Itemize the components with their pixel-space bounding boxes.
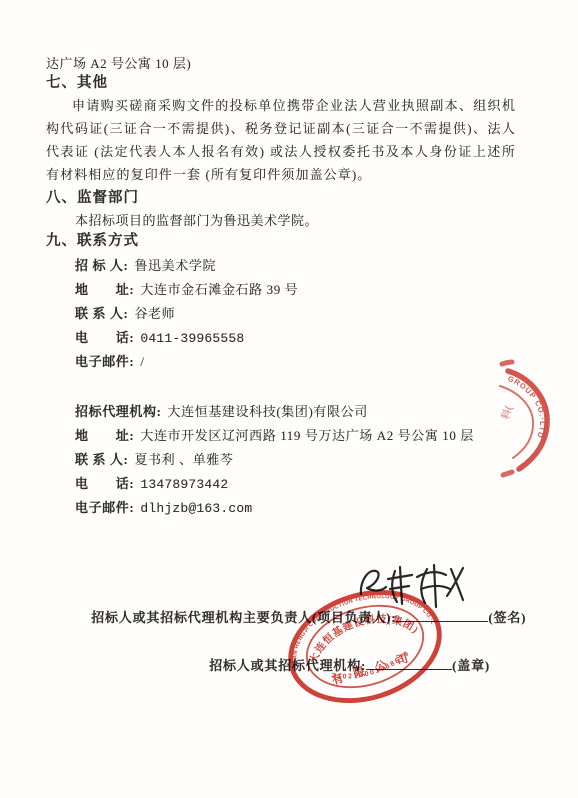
tenderer-contact-block: 招 标 人:鲁迅美术学院 地 址:大连市金石滩金石路 39 号 联 系 人:谷老… [75, 258, 298, 378]
supervisor-body-line: 本招标项目的监督部门为鲁迅美术学院。 [75, 213, 318, 229]
agency-contact-block: 招标代理机构:大连恒基建设科技(集团)有限公司 地 址:大连市开发区辽河西路 1… [75, 404, 474, 524]
agency-contact-person-value: 夏书利 、单雅芩 [134, 452, 233, 467]
tenderer-phone-value: 0411-39965558 [140, 331, 244, 346]
agency-phone-value: 13478973442 [140, 477, 228, 492]
principal-signature-line: 招标人或其招标代理机构主要负责人(项目负责人):(签名) [75, 591, 526, 642]
continuation-address-line: 达广场 A2 号公寓 10 层) [46, 56, 191, 72]
org-seal-line: 招标人或其招标代理机构:(盖章) [193, 639, 490, 690]
agency-email-label: 电子邮件: [75, 500, 134, 515]
tenderer-phone-row: 电 话:0411-39965558 [75, 330, 298, 354]
org-seal-prefix: 招标人或其招标代理机构: [209, 658, 366, 673]
agency-phone-row: 电 话:13478973442 [75, 476, 474, 500]
tenderer-name-label: 招 标 人: [75, 258, 128, 273]
side-seal-inner-glyphs: 科( [498, 404, 515, 422]
tenderer-address-label: 地 址: [75, 282, 134, 297]
tenderer-address-value: 大连市金石滩金石路 39 号 [140, 282, 298, 297]
side-seal-arcs [500, 362, 547, 475]
principal-signature-suffix: (签名) [488, 610, 526, 625]
tenderer-email-row: 电子邮件:/ [75, 354, 298, 378]
section-heading-supervisor: 八、监督部门 [46, 190, 139, 206]
partial-company-seal-right-edge: GROUP CO.·LTD 科( [478, 358, 578, 478]
tenderer-address-row: 地 址:大连市金石滩金石路 39 号 [75, 282, 298, 306]
section-heading-other: 七、其他 [46, 75, 108, 91]
agency-email-value: dlhjzb@163.com [140, 501, 252, 516]
document-page: 达广场 A2 号公寓 10 层) 七、其他 申请购买磋商采购文件的投标单位携带企… [0, 0, 578, 798]
agency-name-label: 招标代理机构: [75, 404, 162, 419]
agency-email-row: 电子邮件:dlhjzb@163.com [75, 500, 474, 524]
scanned-tender-document-page: { "document": { "continuation_line": "达广… [0, 0, 578, 798]
agency-contact-person-row: 联 系 人:夏书利 、单雅芩 [75, 452, 474, 476]
agency-contact-person-label: 联 系 人: [75, 452, 128, 467]
agency-address-row: 地 址:大连市开发区辽河西路 119 号万达广场 A2 号公寓 10 层 [75, 428, 474, 452]
principal-signature-prefix: 招标人或其招标代理机构主要负责人(项目负责人): [91, 610, 396, 625]
org-seal-suffix: (盖章) [452, 658, 490, 673]
tenderer-contact-person-value: 谷老师 [134, 306, 175, 321]
principal-signature-underline [396, 608, 488, 622]
side-seal-english-text: GROUP CO.·LTD [506, 374, 547, 440]
tenderer-email-label: 电子邮件: [75, 354, 134, 369]
agency-name-row: 招标代理机构:大连恒基建设科技(集团)有限公司 [75, 404, 474, 428]
org-seal-underline [366, 656, 452, 670]
agency-phone-label: 电 话: [75, 476, 134, 491]
tenderer-contact-person-label: 联 系 人: [75, 306, 128, 321]
agency-name-value: 大连恒基建设科技(集团)有限公司 [168, 404, 368, 419]
tenderer-phone-label: 电 话: [75, 330, 134, 345]
agency-address-value: 大连市开发区辽河西路 119 号万达广场 A2 号公寓 10 层 [140, 428, 474, 443]
agency-address-label: 地 址: [75, 428, 134, 443]
tenderer-email-value: / [140, 354, 144, 369]
section-other-paragraph: 申请购买磋商采购文件的投标单位携带企业法人营业执照副本、组织机构代码证(三证合一… [46, 94, 516, 186]
tenderer-name-value: 鲁迅美术学院 [134, 258, 216, 273]
tenderer-name-row: 招 标 人:鲁迅美术学院 [75, 258, 298, 282]
section-heading-contact: 九、联系方式 [46, 233, 139, 249]
tenderer-contact-person-row: 联 系 人:谷老师 [75, 306, 298, 330]
